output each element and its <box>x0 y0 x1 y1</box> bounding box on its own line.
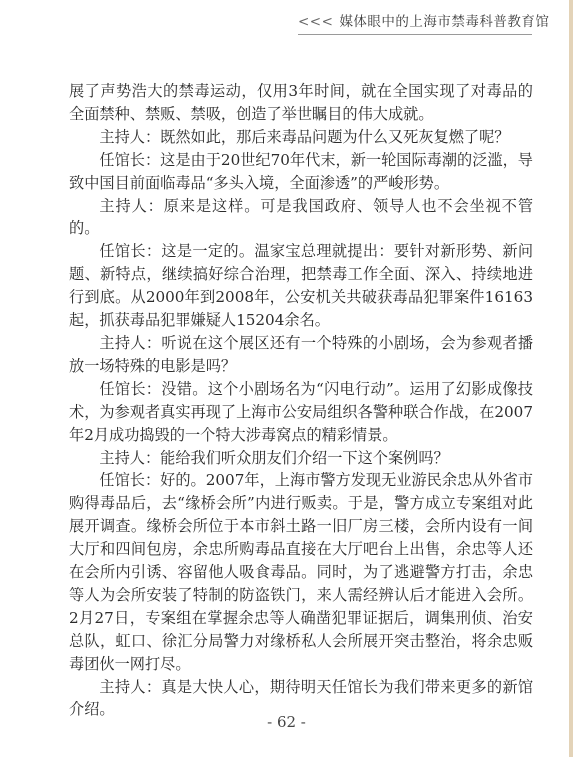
running-header: <<<媒体眼中的上海市禁毒科普教育馆 <box>298 10 532 35</box>
page-number: - 62 - <box>0 713 573 731</box>
paragraph: 主持人：原来是这样。可是我国政府、领导人也不会坐视不管的。 <box>69 195 533 241</box>
paragraph: 任馆长：这是一定的。温家宝总理就提出：要针对新形势、新问题、新特点，继续搞好综合… <box>69 240 533 332</box>
page-edge <box>569 0 573 757</box>
header-title: 媒体眼中的上海市禁毒科普教育馆 <box>339 14 549 30</box>
paragraph: 任馆长：这是由于20世纪70年代末，新一轮国际毒潮的泛滥，导致中国目前面临毒品“… <box>69 149 533 195</box>
paragraph: 主持人：既然如此，那后来毒品问题为什么又死灰复燃了呢？ <box>69 126 533 149</box>
paragraph: 展了声势浩大的禁毒运动，仅用3年时间，就在全国实现了对毒品的全面禁种、禁贩、禁吸… <box>69 80 533 126</box>
paragraph: 主持人：能给我们听众朋友们介绍一下这个案例吗？ <box>69 447 533 470</box>
paragraph: 任馆长：没错。这个小剧场名为“闪电行动”。运用了幻影成像技术，为参观者真实再现了… <box>69 378 533 447</box>
body-text: 展了声势浩大的禁毒运动，仅用3年时间，就在全国实现了对毒品的全面禁种、禁贩、禁吸… <box>69 80 533 721</box>
paragraph: 任馆长：好的。2007年，上海市警方发现无业游民余忠从外省市购得毒品后，去“缘桥… <box>69 469 533 675</box>
header-arrows: <<< <box>298 14 333 30</box>
paragraph: 主持人：听说在这个展区还有一个特殊的小剧场，会为参观者播放一场特殊的电影是吗？ <box>69 332 533 378</box>
